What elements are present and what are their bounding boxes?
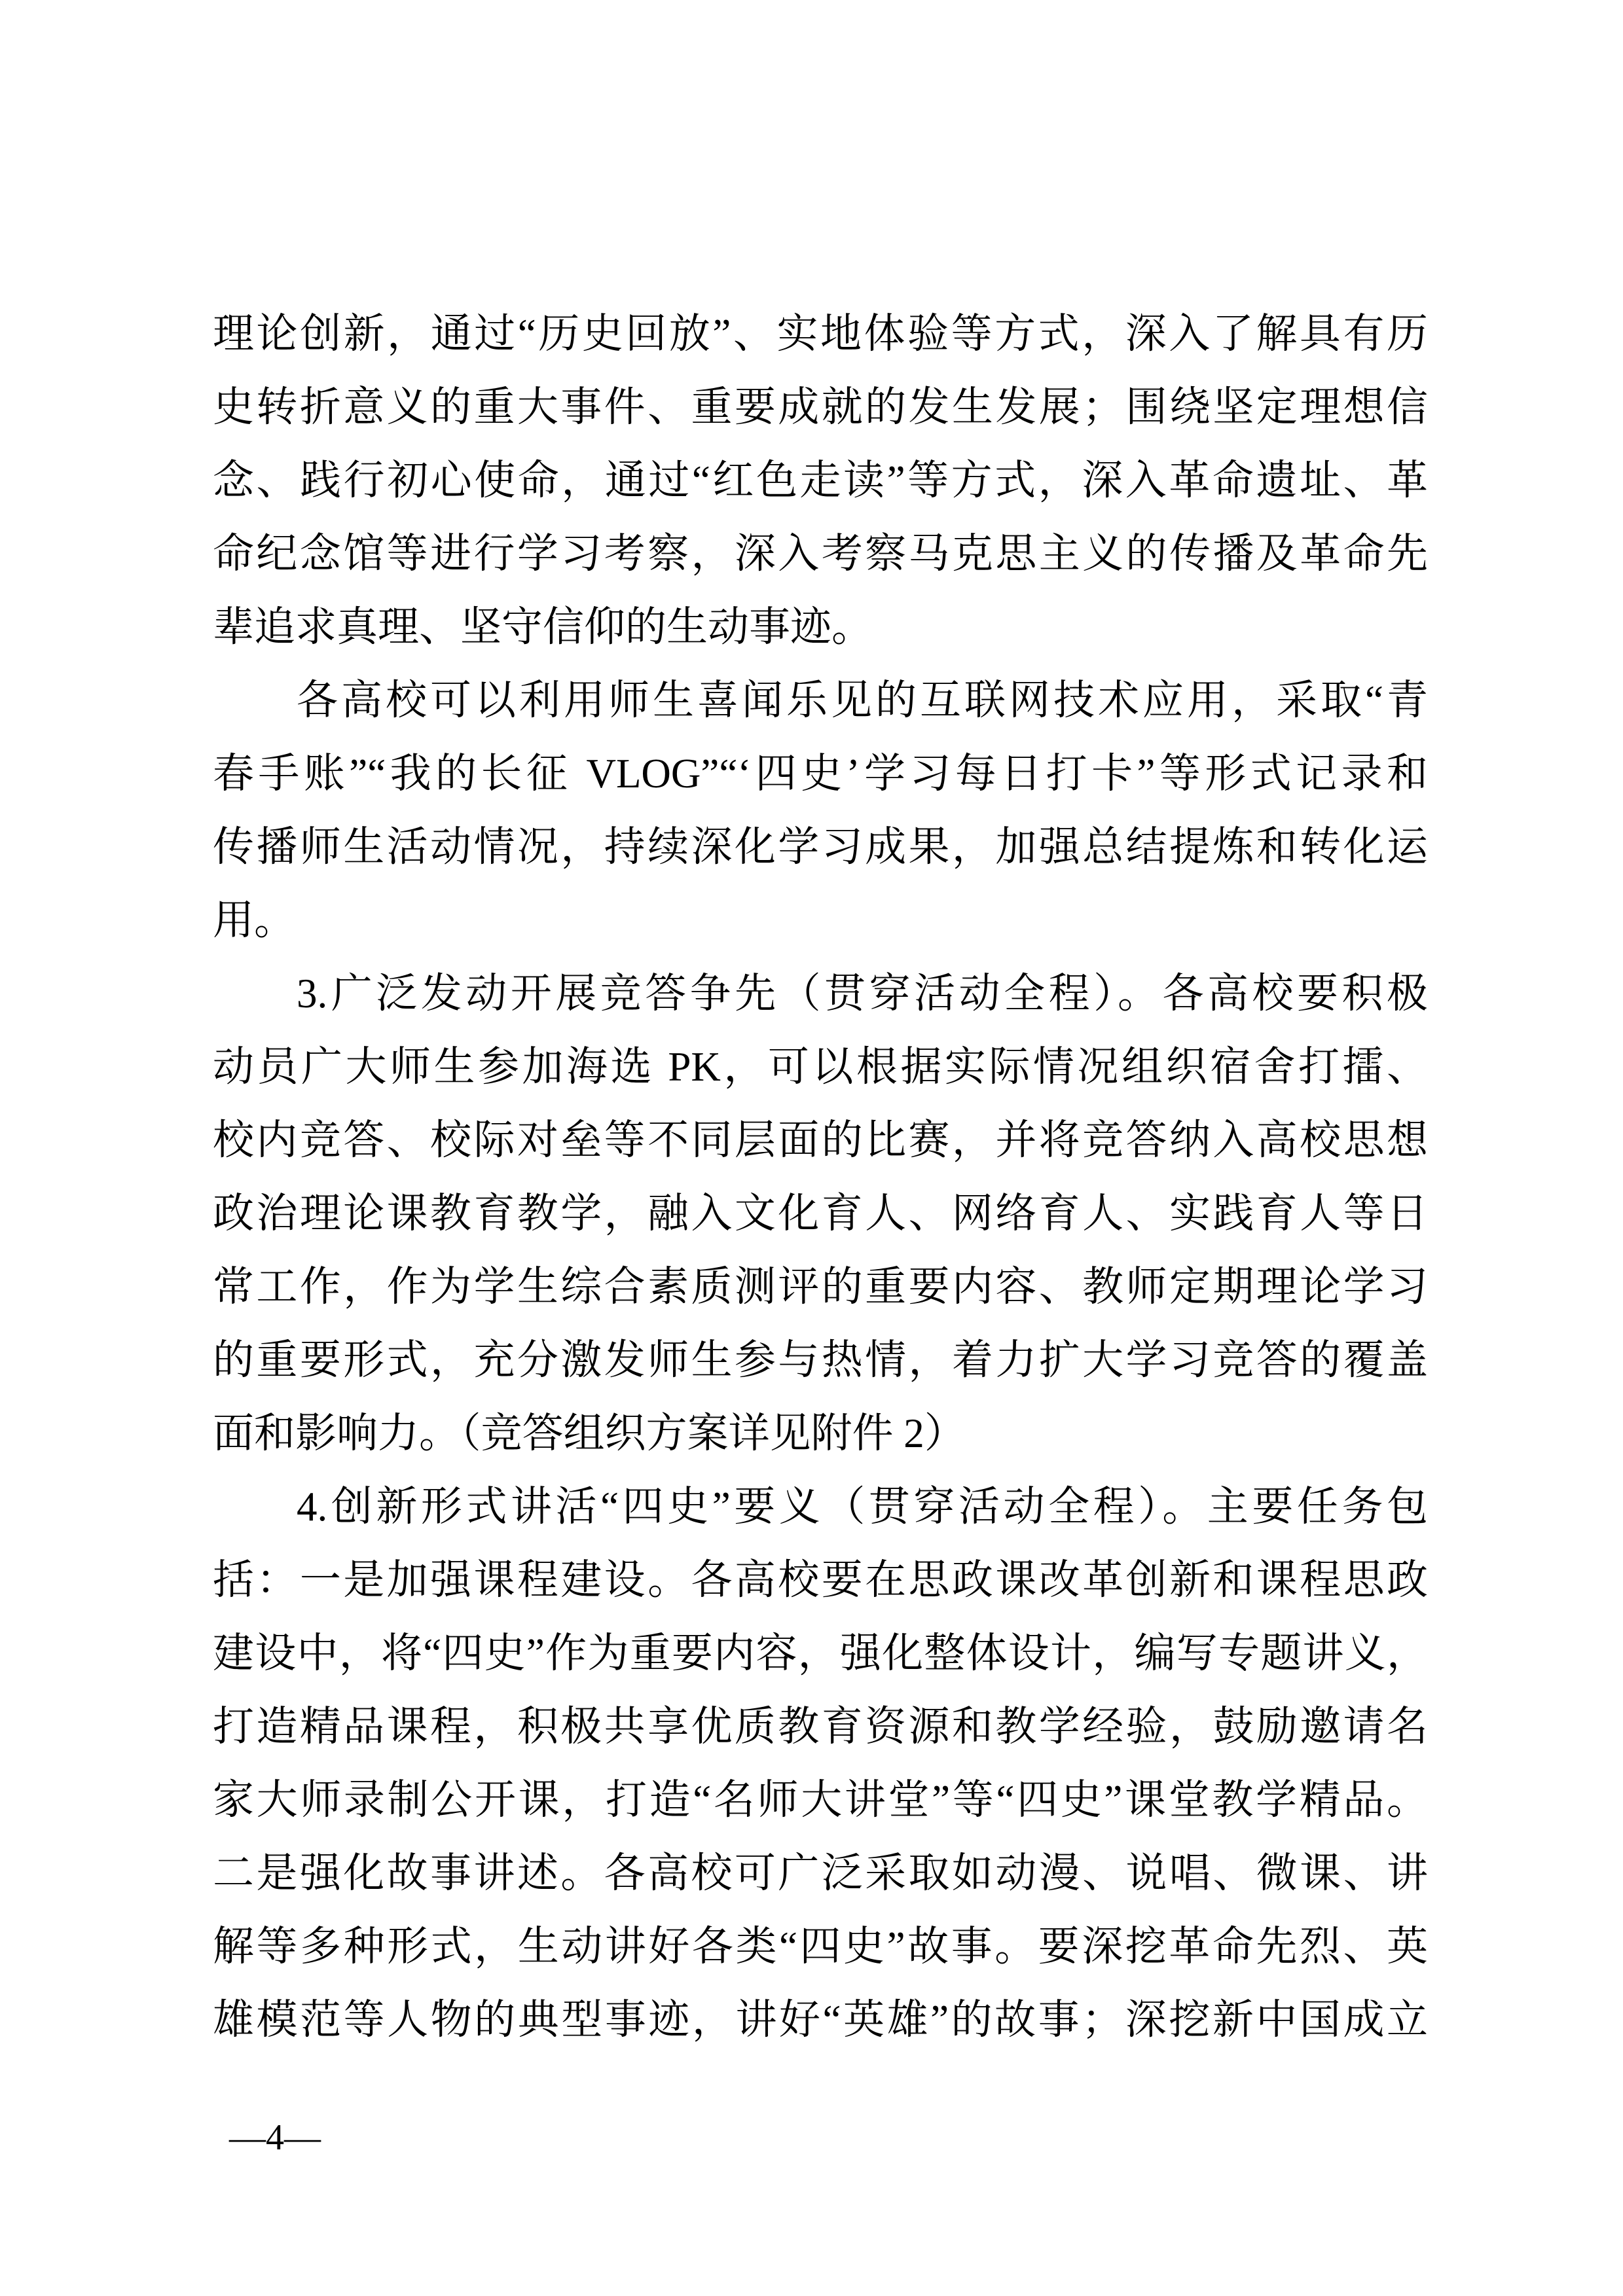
text-line: 解等多种形式，生动讲好各类“四史”故事。要深挖革命先烈、英 — [213, 1910, 1428, 1983]
body-text: 理论创新，通过“历史回放”、实地体验等方式，深入了解具有历 — [213, 311, 1428, 357]
body-text: 打造精品课程，积极共享优质教育资源和教学经验，鼓励邀请名 — [213, 1704, 1428, 1749]
text-line: 面和影响力。（竞答组织方案详见附件 2） — [213, 1397, 1428, 1470]
body-text: 政治理论课教育教学，融入文化育人、网络育人、实践育人等日 — [213, 1191, 1428, 1236]
numbered-heading-run-in: 3.广泛发动开展竞答争先（贯穿活动全程）。 — [297, 971, 1163, 1016]
body-text: 春手账”“我的长征 VLOG”“‘四史’学习每日打卡”等形式记录和 — [213, 751, 1428, 797]
text-line: 二是强化故事讲述。各高校可广泛采取如动漫、说唱、微课、讲 — [213, 1837, 1428, 1910]
body-text: 雄模范等人物的典型事迹，讲好“英雄”的故事；深挖新中国成立 — [213, 1997, 1428, 2043]
body-text: 家大师录制公开课，打造“名师大讲堂”等“四史”课堂教学精品。 — [213, 1777, 1428, 1823]
page-number: —4— — [229, 2119, 321, 2156]
page-background: 理论创新，通过“历史回放”、实地体验等方式，深入了解具有历史转折意义的重大事件、… — [0, 0, 1623, 2296]
body-text: 校内竞答、校际对垒等不同层面的比赛，并将竞答纳入高校思想 — [213, 1117, 1428, 1163]
text-line: 传播师生活动情况，持续深化学习成果，加强总结提炼和转化运 — [213, 810, 1428, 884]
text-line: 史转折意义的重大事件、重要成就的发生发展；围绕坚定理想信 — [213, 370, 1428, 444]
body-text: 各高校要积极 — [1163, 971, 1428, 1016]
body-text: 括：一是加强课程建设。各高校要在思政课改革创新和课程思政 — [213, 1557, 1428, 1603]
text-line: 辈追求真理、坚守信仰的生动事迹。 — [213, 590, 1428, 664]
text-line: 理论创新，通过“历史回放”、实地体验等方式，深入了解具有历 — [213, 297, 1428, 370]
text-line: 雄模范等人物的典型事迹，讲好“英雄”的故事；深挖新中国成立 — [213, 1983, 1428, 2056]
body-text: 解等多种形式，生动讲好各类“四史”故事。要深挖革命先烈、英 — [213, 1924, 1428, 1969]
body-text: 用。 — [213, 897, 295, 943]
text-line: 各高校可以利用师生喜闻乐见的互联网技术应用，采取“青 — [213, 664, 1428, 737]
body-text: 常工作，作为学生综合素质测评的重要内容、教师定期理论学习 — [213, 1264, 1428, 1310]
text-line: 4.创新形式讲活“四史”要义（贯穿活动全程）。主要任务包 — [213, 1470, 1428, 1543]
numbered-heading-run-in: 4.创新形式讲活“四史”要义（贯穿活动全程）。 — [297, 1484, 1207, 1530]
body-text: 传播师生活动情况，持续深化学习成果，加强总结提炼和转化运 — [213, 824, 1428, 870]
text-line: 的重要形式，充分激发师生参与热情，着力扩大学习竞答的覆盖 — [213, 1323, 1428, 1397]
text-line: 建设中，将“四史”作为重要内容，强化整体设计，编写专题讲义， — [213, 1617, 1428, 1690]
text-line: 动员广大师生参加海选 PK，可以根据实际情况组织宿舍打擂、 — [213, 1030, 1428, 1103]
text-line: 3.广泛发动开展竞答争先（贯穿活动全程）。各高校要积极 — [213, 957, 1428, 1030]
body-text: 面和影响力。（竞答组织方案详见附件 2） — [213, 1410, 966, 1456]
text-line: 政治理论课教育教学，融入文化育人、网络育人、实践育人等日 — [213, 1177, 1428, 1250]
text-block: 理论创新，通过“历史回放”、实地体验等方式，深入了解具有历史转折意义的重大事件、… — [213, 297, 1428, 2056]
document-page: { "document": { "footer": { "page_number… — [0, 0, 1623, 2296]
text-line: 命纪念馆等进行学习考察，深入考察马克思主义的传播及革命先 — [213, 517, 1428, 590]
body-text: 各高校可以利用师生喜闻乐见的互联网技术应用，采取“青 — [297, 677, 1428, 723]
text-line: 春手账”“我的长征 VLOG”“‘四史’学习每日打卡”等形式记录和 — [213, 737, 1428, 810]
body-text: 二是强化故事讲述。各高校可广泛采取如动漫、说唱、微课、讲 — [213, 1850, 1428, 1896]
text-line: 校内竞答、校际对垒等不同层面的比赛，并将竞答纳入高校思想 — [213, 1103, 1428, 1177]
text-line: 用。 — [213, 884, 1428, 957]
body-text: 史转折意义的重大事件、重要成就的发生发展；围绕坚定理想信 — [213, 384, 1428, 430]
text-line: 打造精品课程，积极共享优质教育资源和教学经验，鼓励邀请名 — [213, 1690, 1428, 1763]
body-text: 命纪念馆等进行学习考察，深入考察马克思主义的传播及革命先 — [213, 531, 1428, 577]
body-text: 的重要形式，充分激发师生参与热情，着力扩大学习竞答的覆盖 — [213, 1337, 1428, 1383]
text-line: 家大师录制公开课，打造“名师大讲堂”等“四史”课堂教学精品。 — [213, 1763, 1428, 1837]
body-text: 念、践行初心使命，通过“红色走读”等方式，深入革命遗址、革 — [213, 457, 1428, 503]
body-text: 动员广大师生参加海选 PK，可以根据实际情况组织宿舍打擂、 — [213, 1044, 1428, 1090]
body-text: 辈追求真理、坚守信仰的生动事迹。 — [213, 604, 873, 650]
body-text: 建设中，将“四史”作为重要内容，强化整体设计，编写专题讲义， — [213, 1630, 1428, 1676]
body-text: 主要任务包 — [1207, 1484, 1428, 1530]
text-line: 括：一是加强课程建设。各高校要在思政课改革创新和课程思政 — [213, 1543, 1428, 1617]
text-line: 常工作，作为学生综合素质测评的重要内容、教师定期理论学习 — [213, 1250, 1428, 1323]
text-line: 念、践行初心使命，通过“红色走读”等方式，深入革命遗址、革 — [213, 444, 1428, 517]
